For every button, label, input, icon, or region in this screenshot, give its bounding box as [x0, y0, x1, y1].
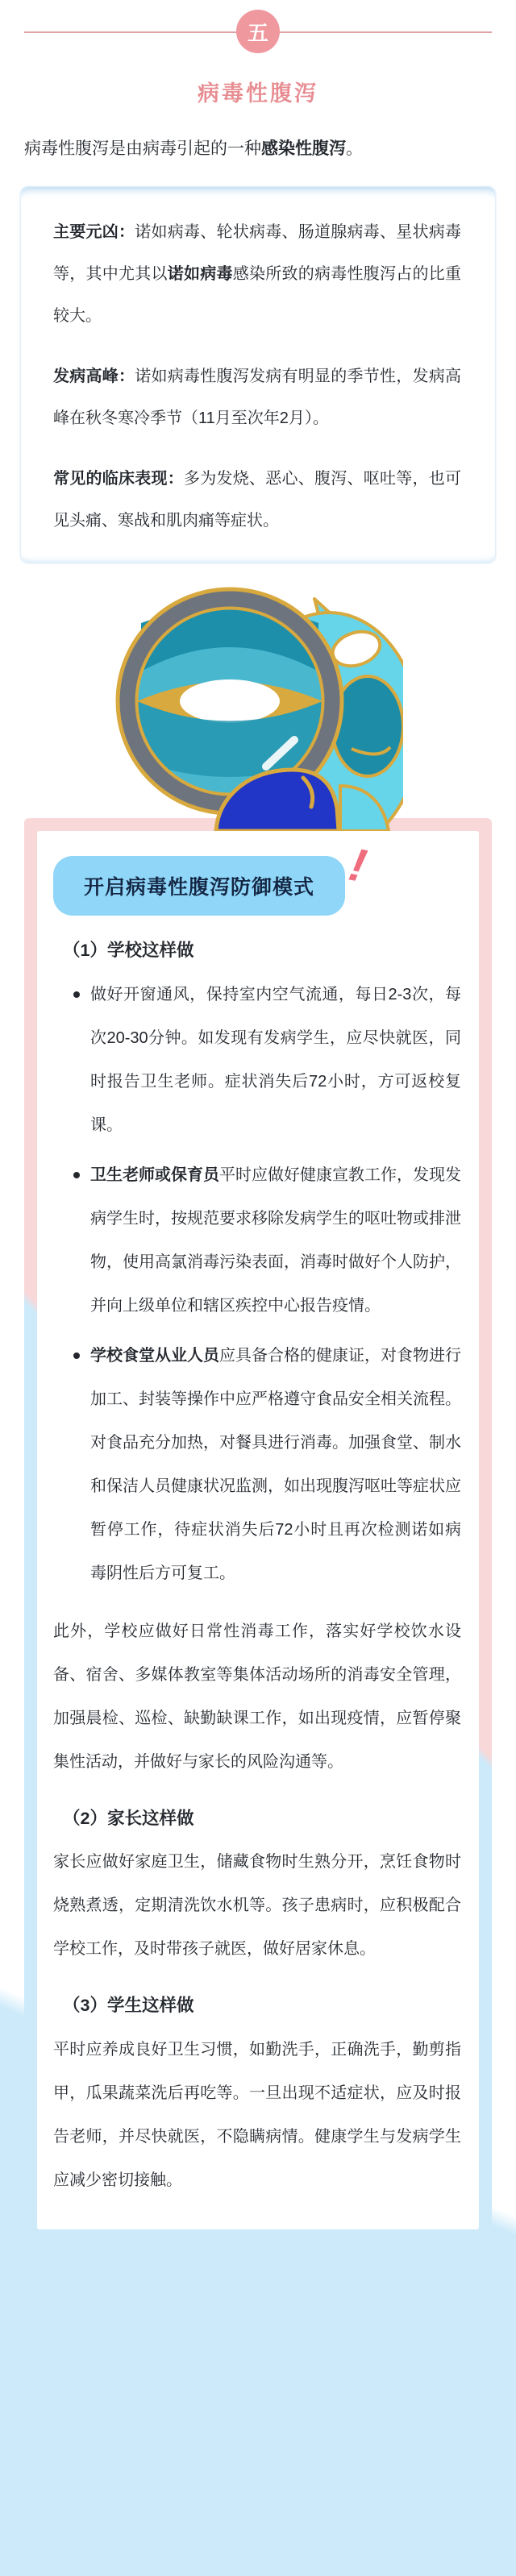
section-header: 五: [0, 10, 516, 63]
bullet-lead: 卫生老师或保育员: [90, 1166, 219, 1184]
page-title: 病毒性腹泻: [0, 76, 516, 107]
heading-students: （3）学生这样做: [53, 1992, 461, 2019]
peak-label: 发病高峰：: [53, 368, 135, 385]
heading-parents: （2）家长这样做: [53, 1805, 461, 1832]
intro-paragraph: 病毒性腹泻是由病毒引起的一种感染性腹泻。: [24, 135, 492, 164]
intro-bold: 感染性腹泻: [261, 139, 346, 158]
overview-card: 主要元凶：诺如病毒、轮状病毒、肠道腺病毒、星状病毒等，其中尤其以诺如病毒感染所致…: [20, 186, 496, 564]
clinical-label: 常见的临床表现：: [53, 470, 184, 488]
parents-paragraph: 家长应做好家庭卫生，储藏食物时生熟分开，烹饪食物时烧熟煮透，定期清洗饮水机等。孩…: [53, 1840, 461, 1971]
list-item: 学校食堂从业人员应具备合格的健康证，对食物进行加工、封装等操作中应严格遵守食品安…: [90, 1334, 461, 1595]
bullet-text: 平时应做好健康宣教工作，发现发病学生时，按规范要求移除发病学生的呕吐物或排泄物，…: [90, 1166, 461, 1315]
mascot-magnifier-art: [113, 575, 403, 831]
list-item: 卫生老师或保育员平时应做好健康宣教工作，发现发病学生时，按规范要求移除发病学生的…: [90, 1153, 461, 1327]
bullet-text: 做好开窗通风，保持室内空气流通，每日2-3次，每次20-30分钟。如发现有发病学…: [90, 986, 461, 1134]
section-number-badge: 五: [236, 10, 280, 53]
intro-text: 病毒性腹泻是由病毒引起的一种: [24, 139, 261, 158]
students-paragraph: 平时应养成良好卫生习惯，如勤洗手，正确洗手，勤剪指甲，瓜果蔬菜洗后再吃等。一旦出…: [53, 2028, 461, 2202]
intro-period: 。: [346, 139, 363, 158]
school-tips-list: 做好开窗通风，保持室内空气流通，每日2-3次，每次20-30分钟。如发现有发病学…: [53, 973, 461, 1595]
mascot-illustration: [0, 575, 516, 831]
defense-card-frame: 开启病毒性腹泻防御模式! （1）学校这样做 做好开窗通风，保持室内空气流通，每日…: [24, 818, 492, 2242]
bullet-lead: 学校食堂从业人员: [90, 1347, 219, 1365]
heading-school: （1）学校这样做: [53, 937, 461, 964]
clinical-paragraph: 常见的临床表现：多为发烧、恶心、腹泻、呕吐等，也可见头痛、寒战和肌肉痛等症状。: [53, 458, 461, 542]
exclamation-icon: !: [345, 841, 370, 891]
defense-card: 开启病毒性腹泻防御模式! （1）学校这样做 做好开窗通风，保持室内空气流通，每日…: [37, 831, 479, 2229]
banner-row: 开启病毒性腹泻防御模式!: [53, 855, 461, 916]
banner-pill: 开启病毒性腹泻防御模式: [53, 856, 345, 916]
culprit-label: 主要元凶：: [53, 223, 135, 241]
culprit-paragraph: 主要元凶：诺如病毒、轮状病毒、肠道腺病毒、星状病毒等，其中尤其以诺如病毒感染所致…: [53, 211, 461, 338]
peak-paragraph: 发病高峰：诺如病毒性腹泻发病有明显的季节性，发病高峰在秋冬寒冷季节（11月至次年…: [53, 355, 461, 440]
school-extra-paragraph: 此外，学校应做好日常性消毒工作，落实好学校饮水设备、宿舍、多媒体教室等集体活动场…: [53, 1610, 461, 1784]
culprit-bold: 诺如病毒: [168, 265, 233, 283]
list-item: 做好开窗通风，保持室内空气流通，每日2-3次，每次20-30分钟。如发现有发病学…: [90, 973, 461, 1147]
bullet-text: 应具备合格的健康证，对食物进行加工、封装等操作中应严格遵守食品安全相关流程。对食…: [90, 1347, 461, 1582]
